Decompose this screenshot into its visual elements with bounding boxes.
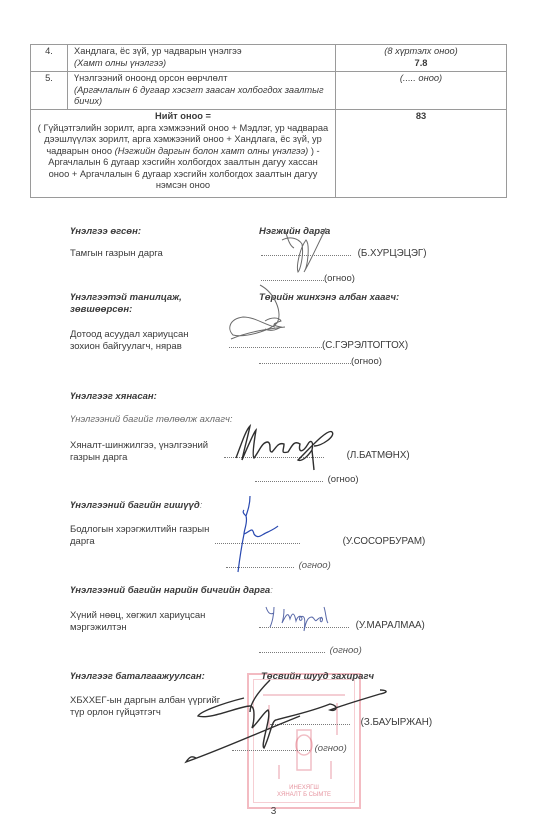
page-number: 3 (0, 806, 547, 817)
acknowledged-name: (С.ГЭРЭЛТОГТОХ) (322, 340, 408, 351)
row-value: (..... оноо) (336, 72, 507, 110)
reviewed-role: Хяналт-шинжилгээ, үнэлгээний газрын дарг… (70, 440, 230, 464)
evaluator-date-line: (огноо) (261, 272, 355, 284)
table-row: 4. Хандлага, ёс зүй, ур чадварын үнэлгээ… (31, 45, 507, 72)
reviewed-signature-line: (Л.БАТМӨНХ) (224, 449, 410, 461)
reviewed-date-line: (огноо) (255, 473, 359, 485)
max-score-label: (..... оноо) (342, 73, 500, 85)
reviewed-signature-icon (232, 422, 342, 472)
evaluator-role: Тамгын газрын дарга (70, 248, 230, 260)
table-row: 5. Үнэлгээний оноонд орсон өөрчлөлт (Арг… (31, 72, 507, 110)
secretary-heading-colon: : (270, 585, 273, 596)
row-number: 4. (31, 45, 68, 72)
secretary-name: (У.МАРАЛМАА) (356, 620, 425, 631)
evaluator-heading: Үнэлгээ өгсөн: (70, 226, 141, 237)
total-description: Нийт оноо = ( Гүйцэтгэлийн зорилт, арга … (31, 110, 336, 198)
criterion-note: (Аргачлалын 6 дугаар хэсэгт заасан холбо… (74, 85, 329, 108)
criterion-label: Үнэлгээний оноонд орсон өөрчлөлт (74, 73, 329, 85)
total-formula: ( Гүйцэтгэлийн зорилт, арга хэмжээний он… (37, 123, 329, 192)
approved-signature-line: (З.БАУЫРЖАН) (270, 716, 432, 728)
score-table: 4. Хандлага, ёс зүй, ур чадварын үнэлгээ… (30, 44, 507, 198)
acknowledged-date-line: (огноо) (259, 355, 382, 367)
member-role: Бодлогын хэрэгжилтийн газрын дарга (70, 524, 220, 548)
approved-name: (З.БАУЫРЖАН) (361, 717, 432, 728)
criterion-label: Хандлага, ёс зүй, ур чадварын үнэлгээ (74, 46, 329, 58)
stamp-line-2: ХЯНАЛТ Б СЫМТЕ (249, 792, 359, 799)
reviewed-date: (огноо) (328, 474, 359, 485)
criterion-note: (Хамт олны үнэлгээ) (74, 58, 329, 70)
score-value: 7.8 (342, 58, 500, 70)
row-description: Үнэлгээний оноонд орсон өөрчлөлт (Аргачл… (68, 72, 336, 110)
approved-date-line: (огноо) (232, 742, 347, 754)
approved-date: (огноо) (315, 743, 347, 754)
member-name: (У.СОСОРБУРАМ) (343, 536, 426, 547)
approved-role: ХБХХЕГ-ын даргын албан үүргийг түр орлон… (70, 695, 230, 719)
member-date: (огноо) (299, 560, 331, 571)
row-description: Хандлага, ёс зүй, ур чадварын үнэлгээ (Х… (68, 45, 336, 72)
acknowledged-heading: Үнэлгээтэй танилцаж, зөвшөөрсөн: (70, 292, 220, 316)
total-title: Нийт оноо = (37, 111, 329, 123)
total-row: Нийт оноо = ( Гүйцэтгэлийн зорилт, арга … (31, 110, 507, 198)
stamp-line-1: ИНЕХЯГШ (249, 785, 359, 792)
reviewed-subheading: Үнэлгээний багийг төлөөлж ахлагч: (70, 414, 233, 425)
member-heading-text: Үнэлгээний багийн гишүүд (70, 500, 200, 511)
approved-right-heading: Төсвийн шууд захирагч (261, 671, 374, 682)
max-score-label: (8 хүртэлх оноо) (342, 46, 500, 58)
reviewed-name: (Л.БАТМӨНХ) (347, 450, 410, 461)
acknowledged-role: Дотоод асуудал хариуцсан зохион байгуула… (70, 329, 220, 353)
formula-italic: (Нэгжийн даргын болон хамт олны үнэлгээ) (115, 146, 309, 156)
approved-heading: Үнэлгээг баталгаажуулсан: (70, 671, 205, 682)
reviewed-heading: Үнэлгээг хянасан: (70, 391, 157, 402)
member-signature-line: (У.СОСОРБУРАМ) (215, 535, 425, 547)
stamp-text: ИНЕХЯГШ ХЯНАЛТ Б СЫМТЕ (249, 785, 359, 799)
member-date-line: (огноо) (226, 559, 331, 571)
secretary-signature-line: (У.МАРАЛМАА) (259, 619, 425, 631)
acknowledged-date: (огноо) (351, 356, 382, 367)
secretary-heading: Үнэлгээний багийн нарийн бичгийн дарга: (70, 585, 273, 596)
row-number: 5. (31, 72, 68, 110)
secretary-role: Хүний нөөц, хөгжил хариуцсан мэргэжилтэн (70, 610, 230, 634)
total-score: 83 (336, 110, 507, 198)
evaluator-date: (огноо) (324, 273, 355, 284)
secretary-heading-text: Үнэлгээний багийн нарийн бичгийн дарга (70, 585, 270, 596)
secretary-date-line: (огноо) (259, 644, 362, 656)
member-heading: Үнэлгээний багийн гишүүд: (70, 500, 202, 511)
acknowledged-right-heading: Төрийн жинхэнэ албан хаагч: (259, 292, 399, 303)
document-page: 4. Хандлага, ёс зүй, ур чадварын үнэлгээ… (0, 0, 547, 834)
member-heading-colon: : (200, 500, 203, 511)
evaluator-right-heading: Нэгжийн дарга (259, 226, 330, 237)
row-value: (8 хүртэлх оноо) 7.8 (336, 45, 507, 72)
evaluator-name: (Б.ХУРЦЭЦЭГ) (358, 248, 427, 259)
secretary-date: (огноо) (330, 645, 362, 656)
evaluator-signature-line: (Б.ХУРЦЭЦЭГ) (261, 247, 427, 259)
official-stamp: ИНЕХЯГШ ХЯНАЛТ Б СЫМТЕ (247, 673, 361, 809)
acknowledged-signature-line: (С.ГЭРЭЛТОГТОХ) (229, 339, 408, 351)
